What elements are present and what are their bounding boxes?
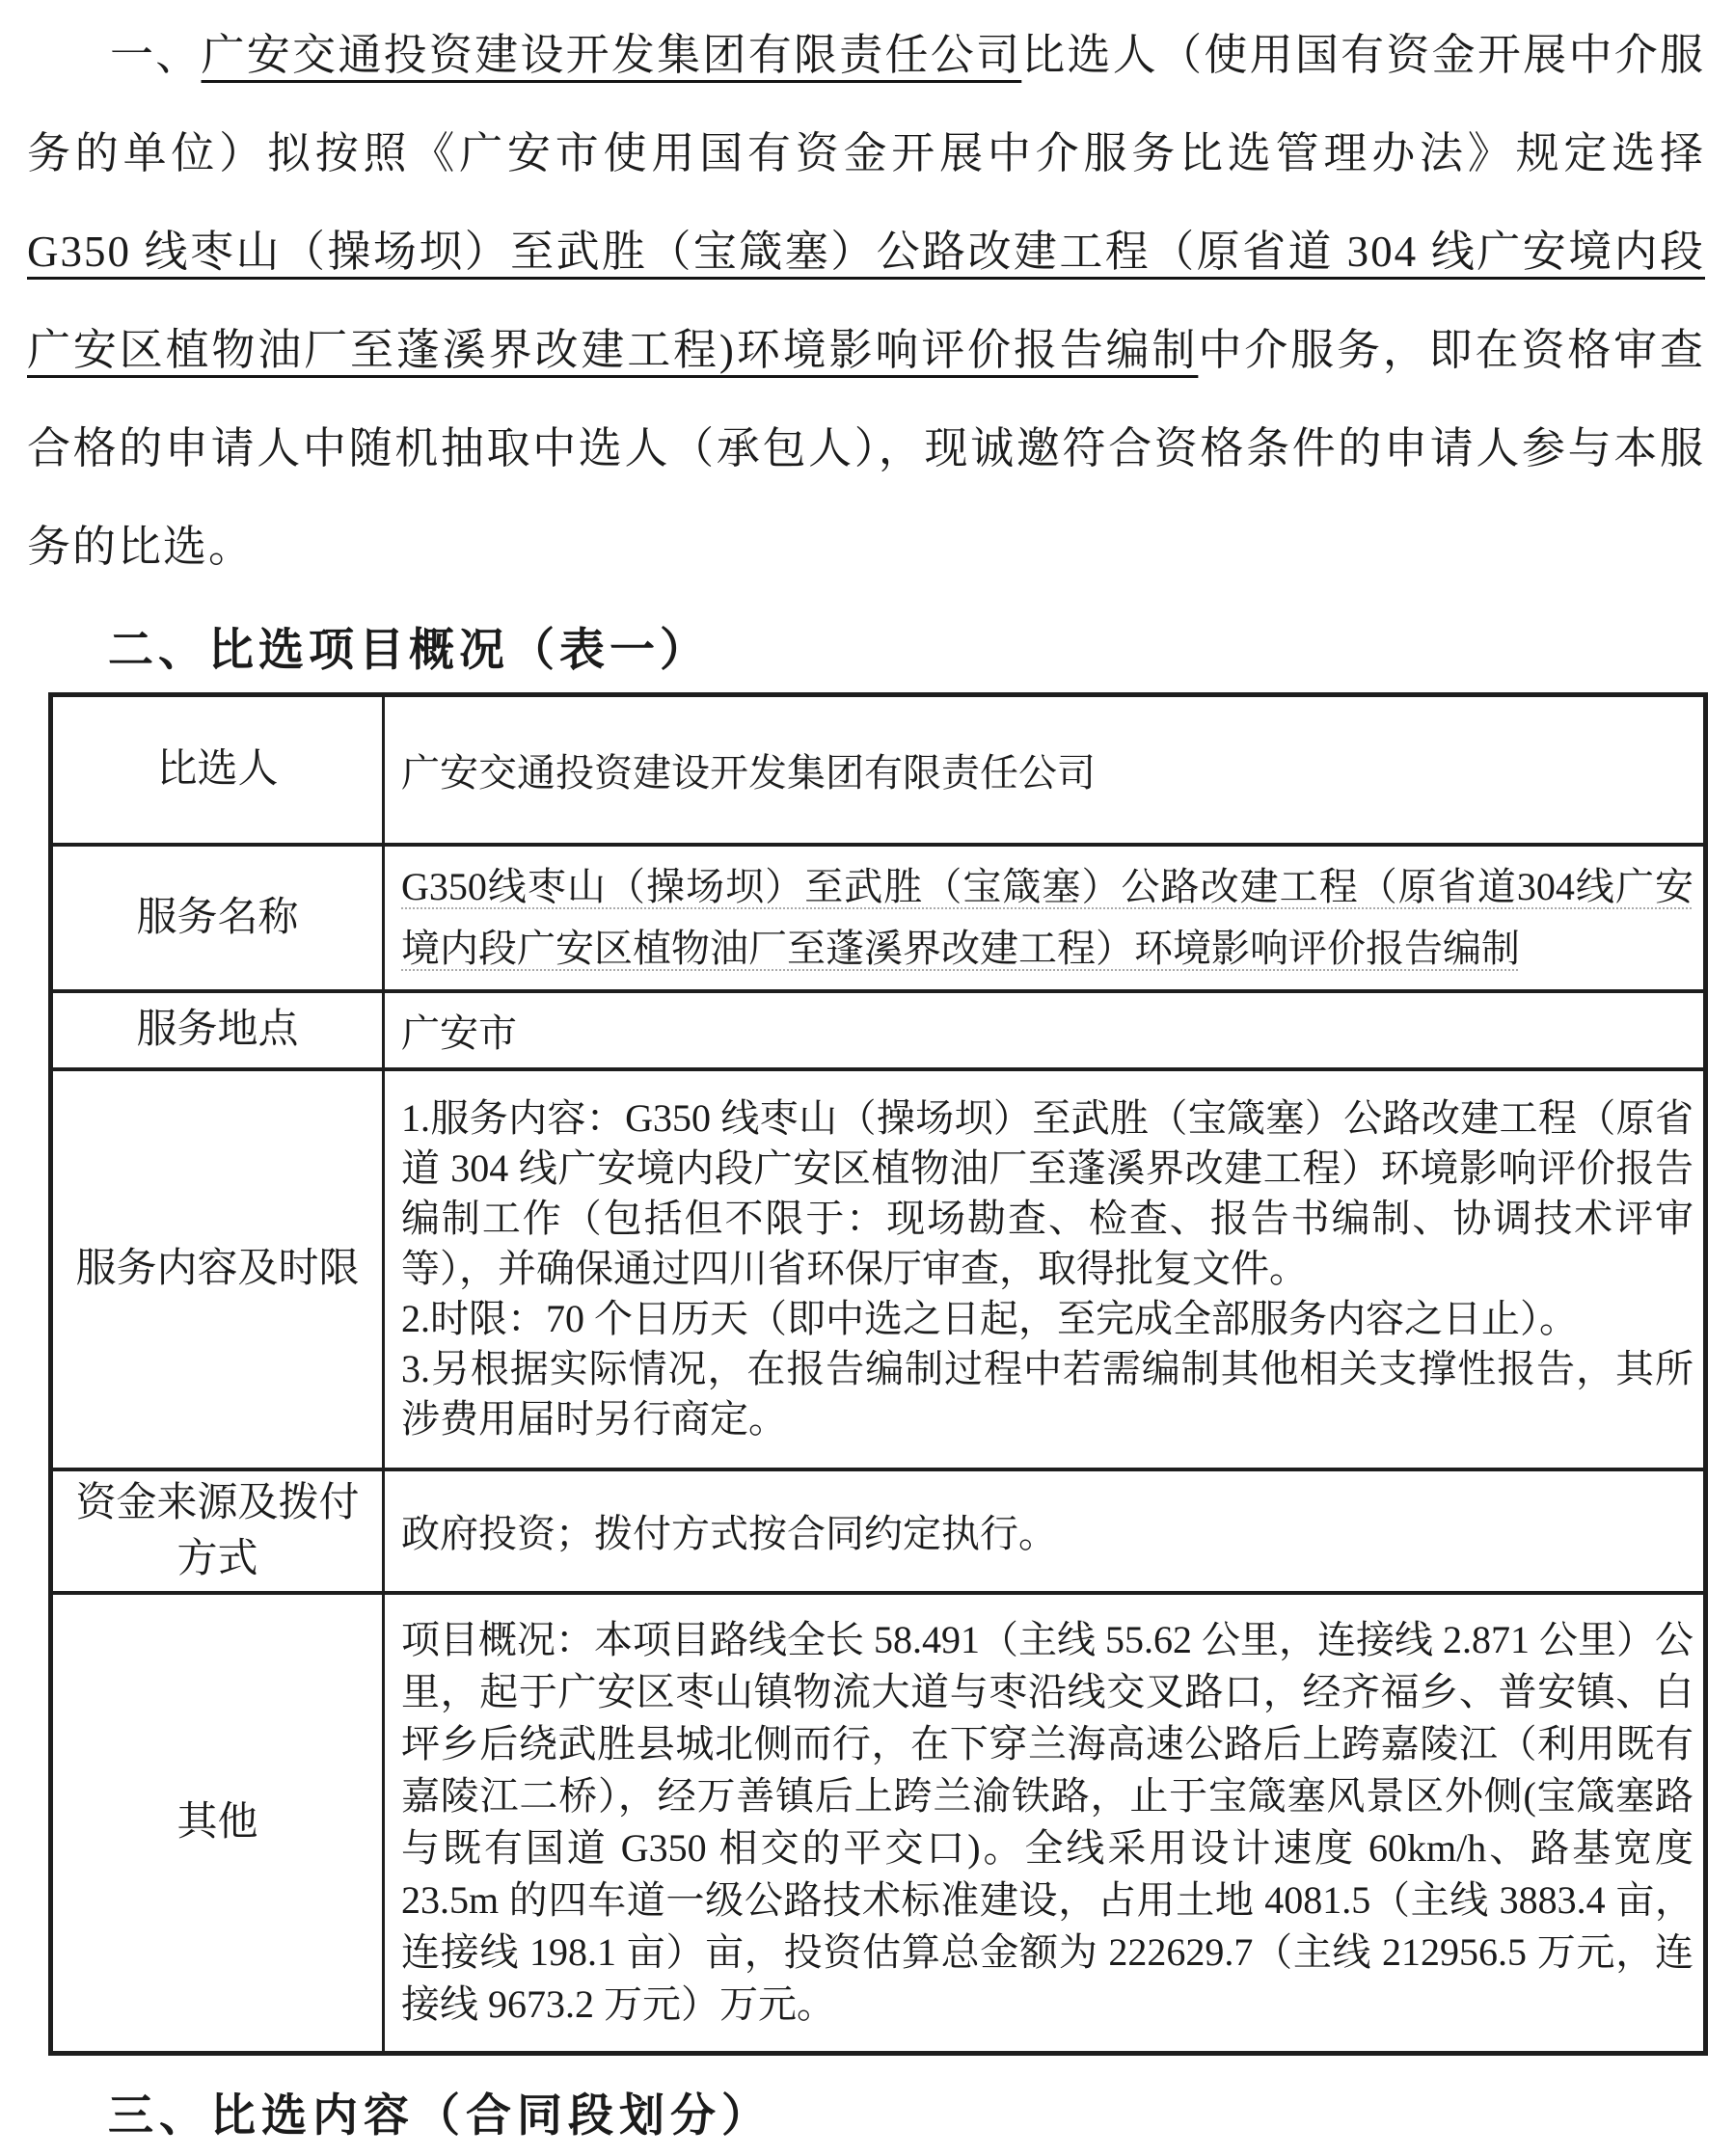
row-label-other: 其他 bbox=[51, 1593, 384, 2054]
table-row-other: 其他 项目概况：本项目路线全长 58.491（主线 55.62 公里，连接线 2… bbox=[51, 1593, 1706, 2054]
service-name-text: G350线枣山（操场坝）至武胜（宝箴塞）公路改建工程（原省道304线广安境内段广… bbox=[401, 865, 1693, 970]
list-item: 2.时限：70 个日历天（即中选之日起，至完成全部服务内容之日止）。 bbox=[401, 1294, 1693, 1344]
row-label-service-content: 服务内容及时限 bbox=[51, 1069, 384, 1469]
row-value-service-location: 广安市 bbox=[384, 991, 1706, 1069]
row-label-service-location: 服务地点 bbox=[51, 991, 384, 1069]
row-value-funding: 政府投资；拨付方式按合同约定执行。 bbox=[384, 1469, 1706, 1593]
intro-paragraph: 一、广安交通投资建设开发集团有限责任公司比选人（使用国有资金开展中介服务的单位）… bbox=[27, 6, 1705, 596]
section3-heading: 三、比选内容（合同段划分） bbox=[108, 2090, 1705, 2143]
list-item: 1.服务内容：G350 线枣山（操场坝）至武胜（宝箴塞）公路改建工程（原省道 3… bbox=[401, 1093, 1693, 1294]
service-content-items: 1.服务内容：G350 线枣山（操场坝）至武胜（宝箴塞）公路改建工程（原省道 3… bbox=[401, 1093, 1693, 1444]
table-row-funding: 资金来源及拨付方式 政府投资；拨付方式按合同约定执行。 bbox=[51, 1469, 1706, 1593]
row-label-funding: 资金来源及拨付方式 bbox=[51, 1469, 384, 1593]
row-value-service-name: G350线枣山（操场坝）至武胜（宝箴塞）公路改建工程（原省道304线广安境内段广… bbox=[384, 845, 1706, 991]
table-row-service-name: 服务名称 G350线枣山（操场坝）至武胜（宝箴塞）公路改建工程（原省道304线广… bbox=[51, 845, 1706, 991]
row-label-service-name: 服务名称 bbox=[51, 845, 384, 991]
text-segment: 广安交通投资建设开发集团有限责任公司 bbox=[202, 31, 1022, 79]
list-item: 3.另根据实际情况，在报告编制过程中若需编制其他相关支撑性报告，其所涉费用届时另… bbox=[401, 1344, 1693, 1444]
row-value-other: 项目概况：本项目路线全长 58.491（主线 55.62 公里，连接线 2.87… bbox=[384, 1593, 1706, 2054]
project-overview-table: 比选人 广安交通投资建设开发集团有限责任公司 服务名称 G350线枣山（操场坝）… bbox=[48, 692, 1708, 2056]
table-row-service-content: 服务内容及时限 1.服务内容：G350 线枣山（操场坝）至武胜（宝箴塞）公路改建… bbox=[51, 1069, 1706, 1469]
table-row-selector: 比选人 广安交通投资建设开发集团有限责任公司 bbox=[51, 695, 1706, 845]
section2-heading: 二、比选项目概况（表一） bbox=[108, 625, 1705, 677]
table-row-service-location: 服务地点 广安市 bbox=[51, 991, 1706, 1069]
row-value-selector: 广安交通投资建设开发集团有限责任公司 bbox=[384, 695, 1706, 845]
text-segment: 一、 bbox=[110, 31, 202, 79]
row-value-service-content: 1.服务内容：G350 线枣山（操场坝）至武胜（宝箴塞）公路改建工程（原省道 3… bbox=[384, 1069, 1706, 1469]
row-label-selector: 比选人 bbox=[51, 695, 384, 845]
document-page: 一、广安交通投资建设开发集团有限责任公司比选人（使用国有资金开展中介服务的单位）… bbox=[0, 0, 1734, 2143]
